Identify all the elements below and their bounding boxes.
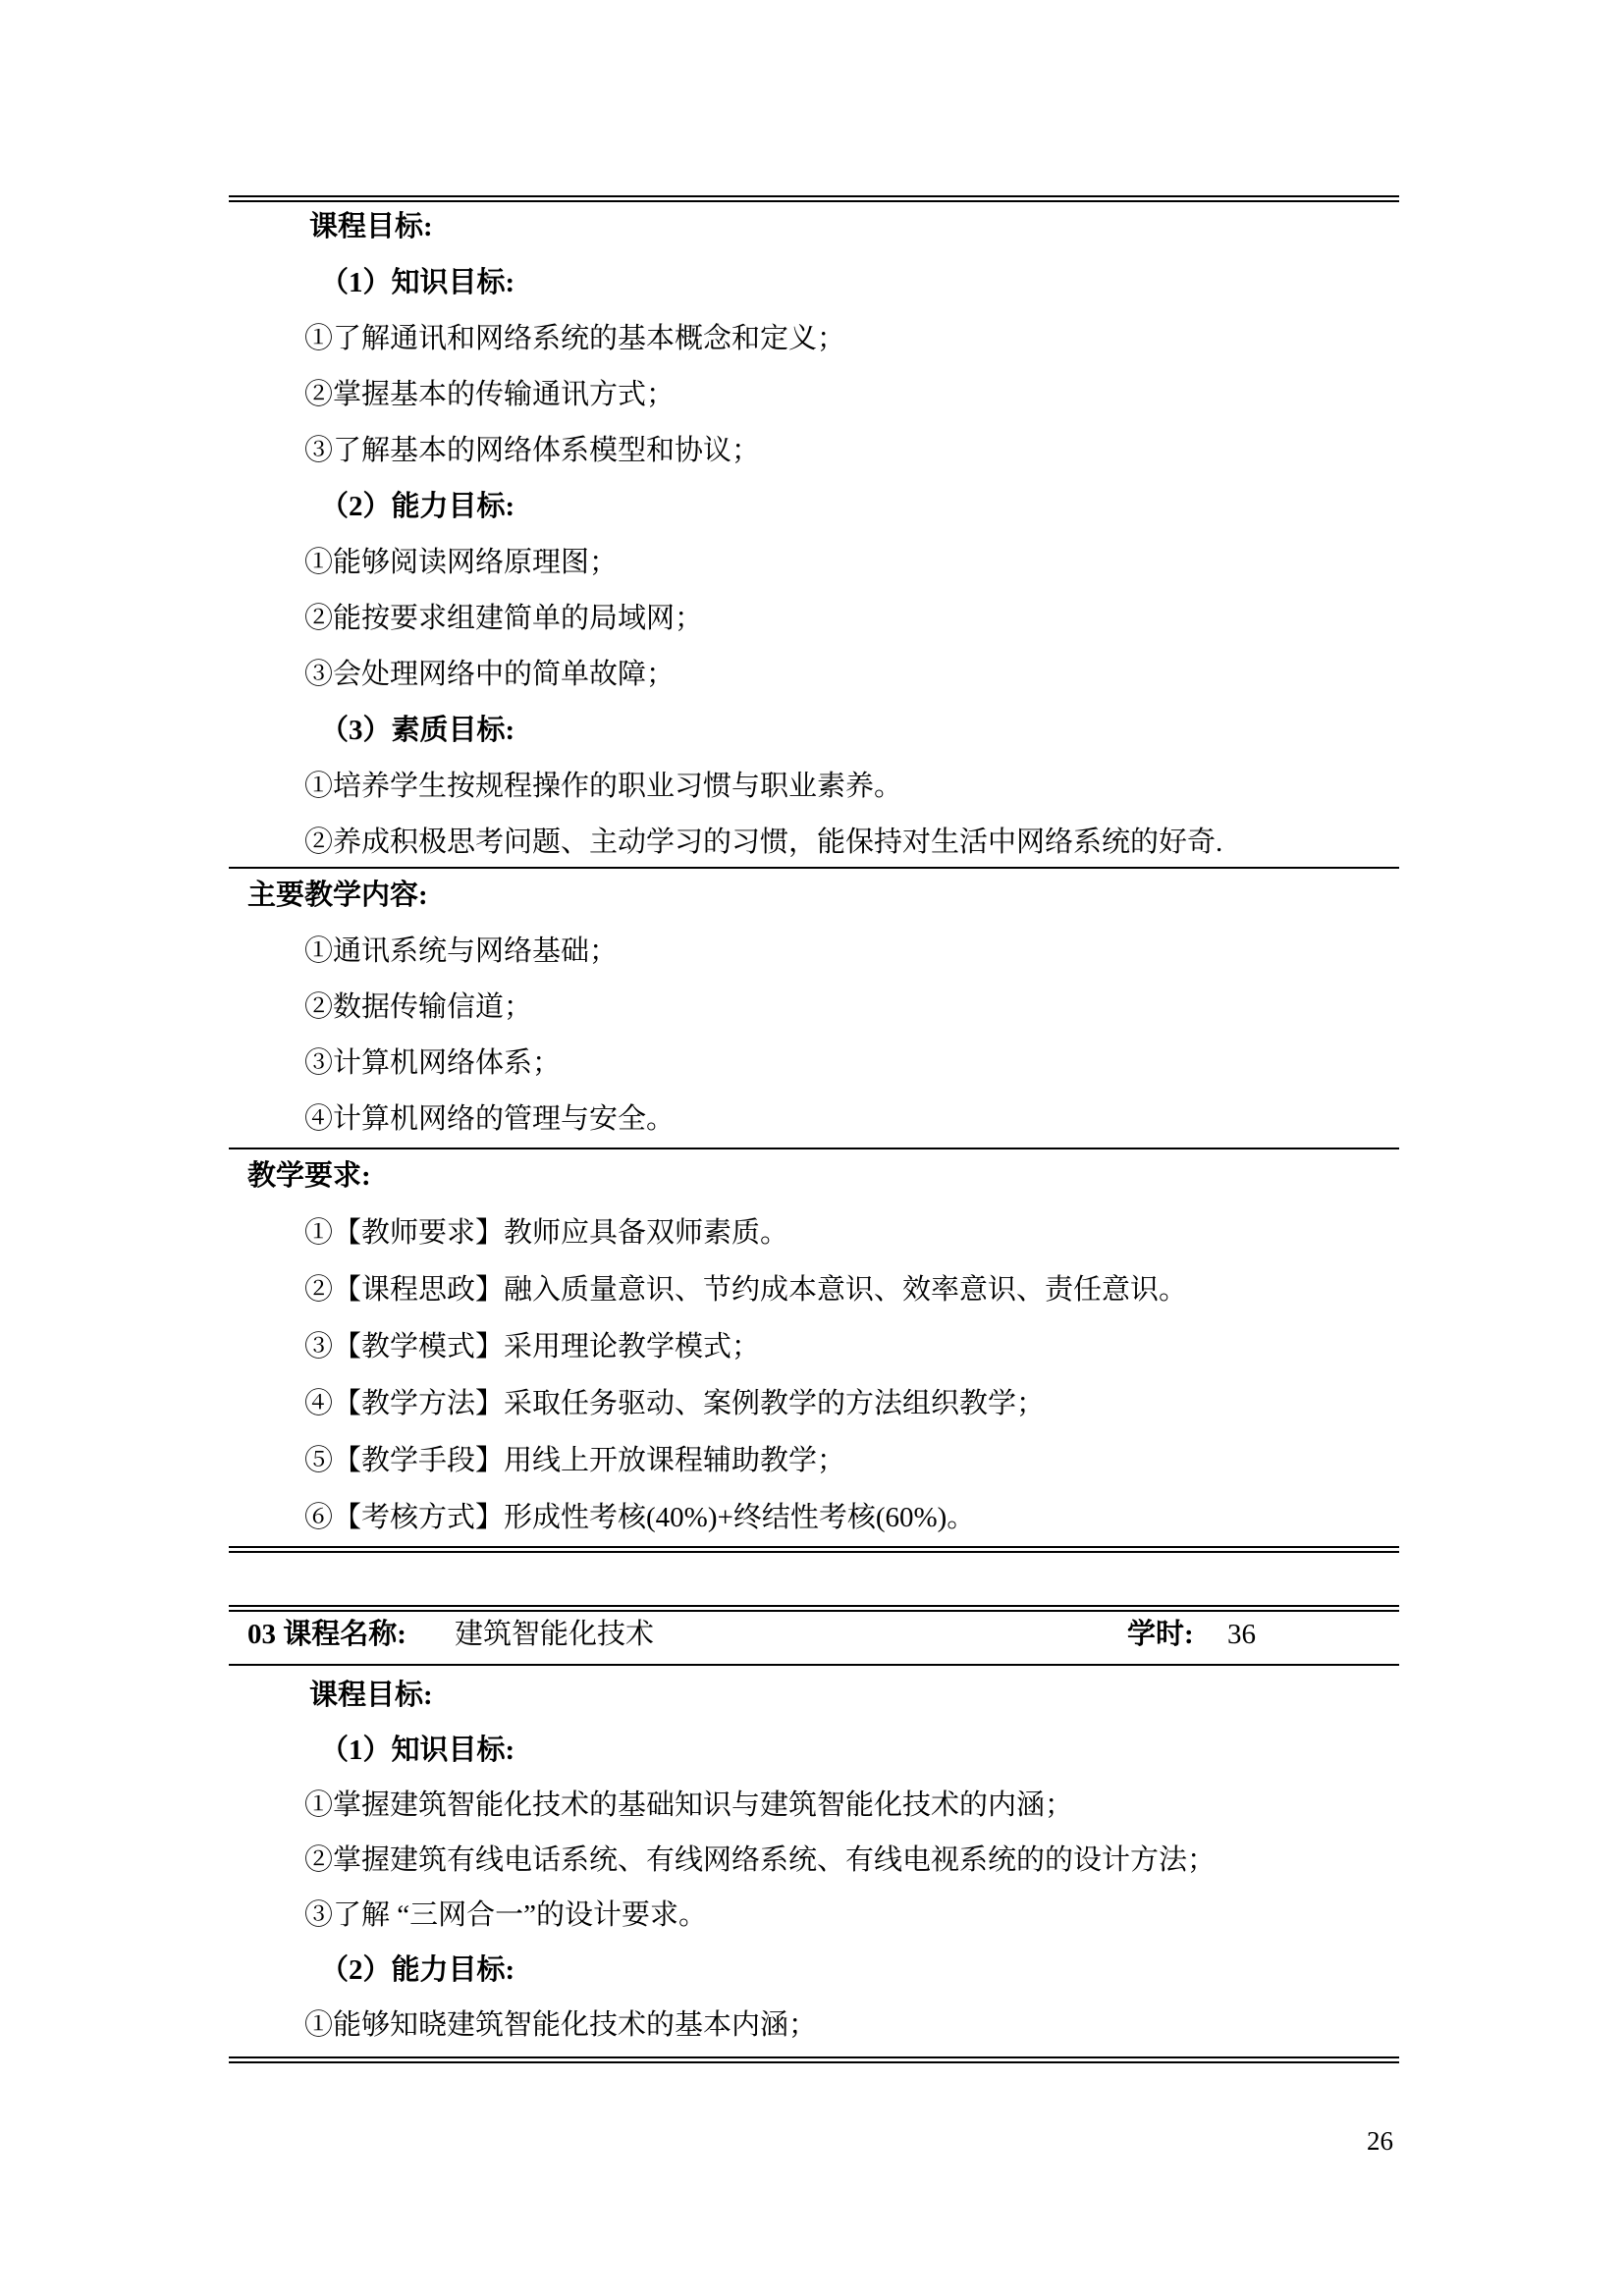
course3-header-row: 03 课程名称: 建筑智能化技术 学时: 36 <box>229 1612 1399 1664</box>
course2-teaching-content-section: 主要教学内容: ①通讯系统与网络基础； ②数据传输信道； ③计算机网络体系； ④… <box>229 869 1399 1148</box>
page-number: 26 <box>1367 2126 1393 2156</box>
teaching-requirement-item: ①【教师要求】教师应具备双师素质。 <box>304 1218 1399 1248</box>
knowledge-goals-heading: （1）知识目标: <box>320 1735 1399 1765</box>
ability-goal-item: ①能够知晓建筑智能化技术的基本内涵； <box>304 2010 1399 2040</box>
quality-goal-item: ②养成积极思考问题、主动学习的习惯，能保持对生活中网络系统的好奇. <box>304 828 1399 857</box>
knowledge-goals-heading: （1）知识目标: <box>320 268 1399 297</box>
teaching-content-item: ④计算机网络的管理与安全。 <box>304 1104 1399 1134</box>
teaching-content-heading: 主要教学内容: <box>247 881 1399 910</box>
quality-goals-heading: （3）素质目标: <box>320 716 1399 745</box>
course2-objectives-section: 课程目标: （1）知识目标: ①了解通讯和网络系统的基本概念和定义； ②掌握基本… <box>229 202 1399 867</box>
objectives-heading: 课程目标: <box>309 1681 1399 1710</box>
objectives-heading: 课程目标: <box>309 212 1399 241</box>
table2-top-border <box>229 1605 1399 1612</box>
knowledge-goal-item: ③了解基本的网络体系模型和协议； <box>304 436 1399 465</box>
knowledge-goal-item: ①掌握建筑智能化技术的基础知识与建筑智能化技术的内涵； <box>304 1790 1399 1820</box>
teaching-requirement-item: ⑤【教学手段】用线上开放课程辅助教学； <box>304 1446 1399 1475</box>
knowledge-goal-item: ②掌握基本的传输通讯方式； <box>304 380 1399 409</box>
teaching-requirement-item: ⑥【考核方式】形成性考核(40%)+终结性考核(60%)。 <box>304 1503 1399 1532</box>
ability-goal-item: ①能够阅读网络原理图； <box>304 548 1399 577</box>
teaching-requirement-item: ④【教学方法】采取任务驱动、案例教学的方法组织教学； <box>304 1389 1399 1418</box>
teaching-content-item: ①通讯系统与网络基础； <box>304 936 1399 966</box>
quality-goal-item: ①培养学生按规程操作的职业习惯与职业素养。 <box>304 772 1399 801</box>
knowledge-goal-item: ③了解 “三网合一”的设计要求。 <box>304 1900 1399 1930</box>
document-page: 课程目标: （1）知识目标: ①了解通讯和网络系统的基本概念和定义； ②掌握基本… <box>0 0 1624 2296</box>
hours-label: 学时: <box>1127 1620 1194 1649</box>
knowledge-goal-item: ②掌握建筑有线电话系统、有线网络系统、有线电视系统的的设计方法； <box>304 1845 1399 1875</box>
ability-goals-heading: （2）能力目标: <box>320 1955 1399 1985</box>
table1-top-border <box>229 195 1399 202</box>
ability-goal-item: ②能按要求组建简单的局域网； <box>304 604 1399 633</box>
course2-teaching-requirements-section: 教学要求: ①【教师要求】教师应具备双师素质。 ②【课程思政】融入质量意识、节约… <box>229 1149 1399 1546</box>
course-number-label: 03 课程名称: <box>247 1620 406 1649</box>
ability-goal-item: ③会处理网络中的简单故障； <box>304 660 1399 689</box>
hours-value: 36 <box>1227 1620 1256 1649</box>
teaching-requirements-heading: 教学要求: <box>247 1161 1399 1191</box>
teaching-content-item: ③计算机网络体系； <box>304 1048 1399 1078</box>
table-gap <box>229 1553 1399 1605</box>
teaching-requirement-item: ②【课程思政】融入质量意识、节约成本意识、效率意识、责任意识。 <box>304 1275 1399 1305</box>
course3-objectives-section: 课程目标: （1）知识目标: ①掌握建筑智能化技术的基础知识与建筑智能化技术的内… <box>229 1666 1399 2056</box>
knowledge-goal-item: ①了解通讯和网络系统的基本概念和定义； <box>304 324 1399 353</box>
course-name: 建筑智能化技术 <box>455 1620 654 1649</box>
teaching-content-item: ②数据传输信道； <box>304 992 1399 1022</box>
teaching-requirement-item: ③【教学模式】采用理论教学模式； <box>304 1332 1399 1362</box>
syllabus-content: 课程目标: （1）知识目标: ①了解通讯和网络系统的基本概念和定义； ②掌握基本… <box>229 195 1399 2063</box>
table1-bottom-border <box>229 1546 1399 1553</box>
table2-bottom-border <box>229 2056 1399 2063</box>
ability-goals-heading: （2）能力目标: <box>320 492 1399 521</box>
